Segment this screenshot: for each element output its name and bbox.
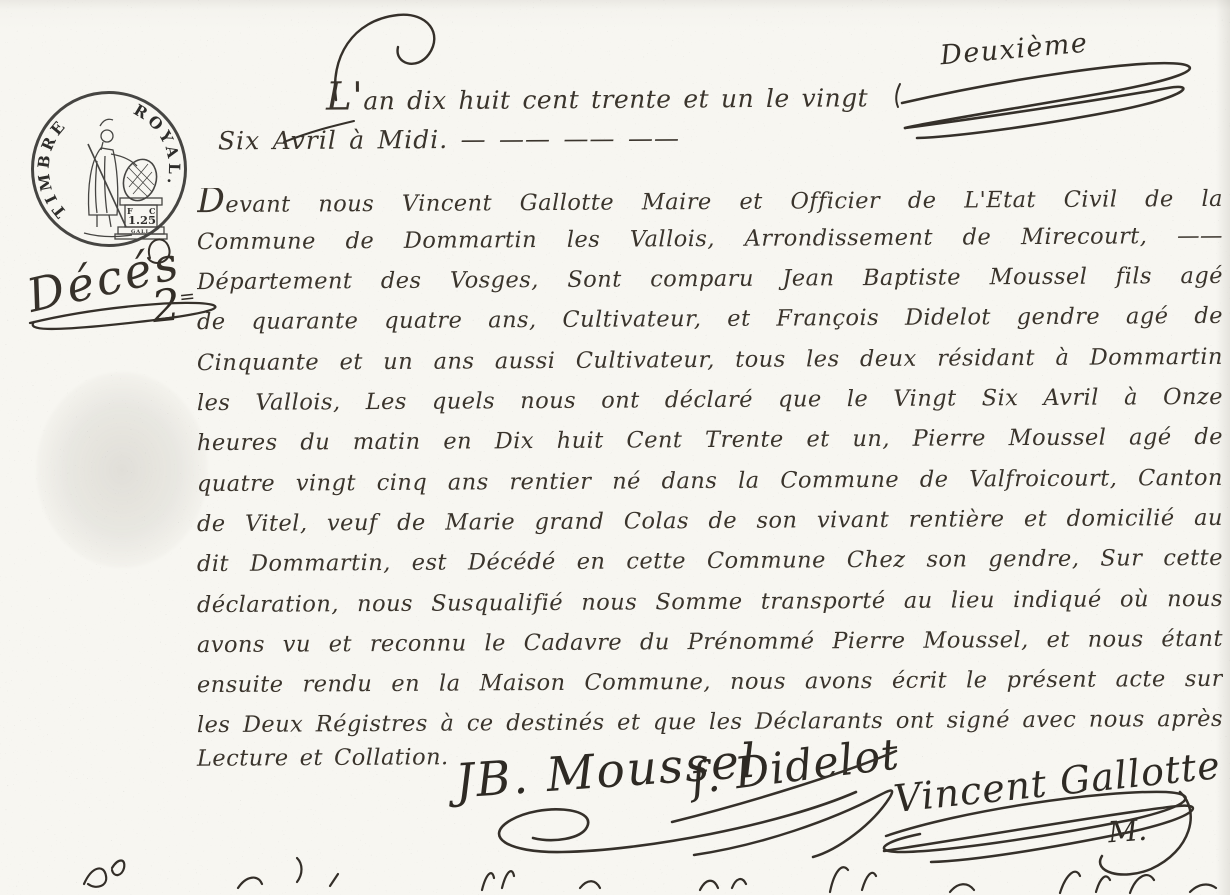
scanned-death-record-page: TIMBRE ROYAL. F C 1.25 GALL Deuxième Déc… [0,0,1230,895]
stamp-figure [84,119,137,236]
act-line: L'an dix huit cent trente et un le vingt [326,78,868,115]
stamp-value: 1.25 [128,213,156,227]
act-number-note: 2= [149,278,197,333]
act-line: Devant nous Vincent Gallotte Maire et Of… [197,182,1223,229]
timbre-royal-stamp: TIMBRE ROYAL. F C 1.25 GALL [26,86,192,252]
act-line: Six Avril à Midi. — —— —— —— [218,124,680,156]
signature-mayor-title: M. [1107,813,1148,850]
stamp-outer-ring [33,93,186,246]
stamp-base-text: GALL [131,229,150,235]
stamp-right-text: ROYAL. [130,100,184,190]
stamp-pedestal [115,198,167,239]
stamp-value-prefix: F [127,206,133,216]
ink-bleed-stain [36,372,208,568]
act-line: de quarante quatre ans, Cultivateur, et … [197,303,1223,350]
act-line: Lecture et Collation. [197,744,449,772]
page-order-note: Deuxième [939,28,1090,72]
act-number-mark: = [178,285,195,308]
act-line: heures du matin en Dix huit Cent Trente … [197,424,1223,471]
stamp-value-suffix: C [149,206,155,216]
stamp-left-text: TIMBRE [33,115,71,222]
act-line: dit Dommartin, est Décédé en cette Commu… [197,545,1223,592]
next-act-partial-line [0,850,1230,895]
stamp-shield [118,155,161,205]
deuxieme-paraph-flourish [896,63,1190,138]
signature-mayor-gallotte: Vincent Gallotte [892,743,1223,821]
